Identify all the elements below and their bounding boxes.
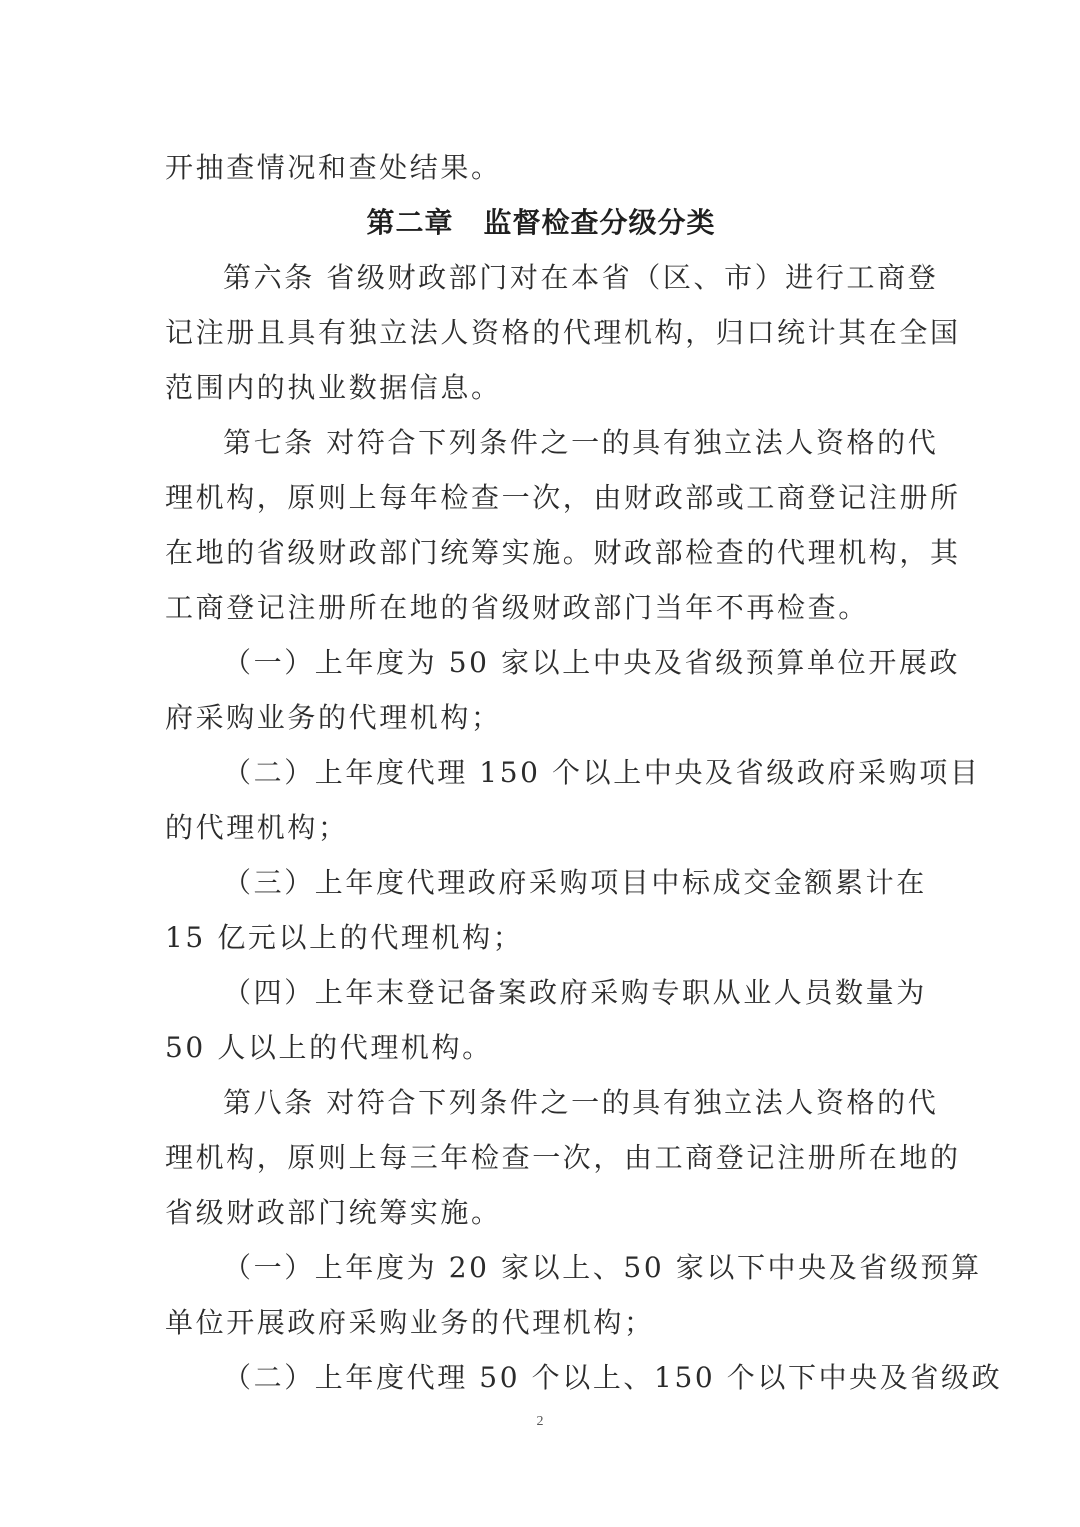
text-line: 记注册且具有独立法人资格的代理机构，归口统计其在全国 [165, 305, 917, 360]
list-item-line: （一）上年度为 20 家以上、50 家以下中央及省级预算 [165, 1240, 917, 1295]
chapter-title: 监督检查分级分类 [484, 206, 716, 239]
text-line: 在地的省级财政部门统筹实施。财政部检查的代理机构，其 [165, 525, 917, 580]
text-line: 的代理机构； [165, 800, 917, 855]
text-line: 省级财政部门统筹实施。 [165, 1185, 917, 1240]
page-number: 2 [0, 1414, 1080, 1430]
text-line: 理机构，原则上每三年检查一次，由工商登记注册所在地的 [165, 1130, 917, 1185]
article-6-line: 第六条 省级财政部门对在本省（区、市）进行工商登 [165, 250, 917, 305]
document-page: 开抽查情况和查处结果。 第二章监督检查分级分类 第六条 省级财政部门对在本省（区… [165, 140, 917, 1405]
text-line: 50 人以上的代理机构。 [165, 1020, 917, 1075]
text-line: 单位开展政府采购业务的代理机构； [165, 1295, 917, 1350]
text-line: 开抽查情况和查处结果。 [165, 140, 917, 195]
list-item-line: （三）上年度代理政府采购项目中标成交金额累计在 [165, 855, 917, 910]
article-8-line: 第八条 对符合下列条件之一的具有独立法人资格的代 [165, 1075, 917, 1130]
chapter-heading: 第二章监督检查分级分类 [165, 195, 917, 250]
text-line: 理机构，原则上每年检查一次，由财政部或工商登记注册所 [165, 470, 917, 525]
chapter-number: 第二章 [366, 206, 453, 239]
text-line: 15 亿元以上的代理机构； [165, 910, 917, 965]
list-item-line: （一）上年度为 50 家以上中央及省级预算单位开展政 [165, 635, 917, 690]
text-line: 府采购业务的代理机构； [165, 690, 917, 745]
article-7-line: 第七条 对符合下列条件之一的具有独立法人资格的代 [165, 415, 917, 470]
list-item-line: （四）上年末登记备案政府采购专职从业人员数量为 [165, 965, 917, 1020]
list-item-line: （二）上年度代理 150 个以上中央及省级政府采购项目 [165, 745, 917, 800]
text-line: 工商登记注册所在地的省级财政部门当年不再检查。 [165, 580, 917, 635]
list-item-line: （二）上年度代理 50 个以上、150 个以下中央及省级政 [165, 1350, 917, 1405]
text-line: 范围内的执业数据信息。 [165, 360, 917, 415]
